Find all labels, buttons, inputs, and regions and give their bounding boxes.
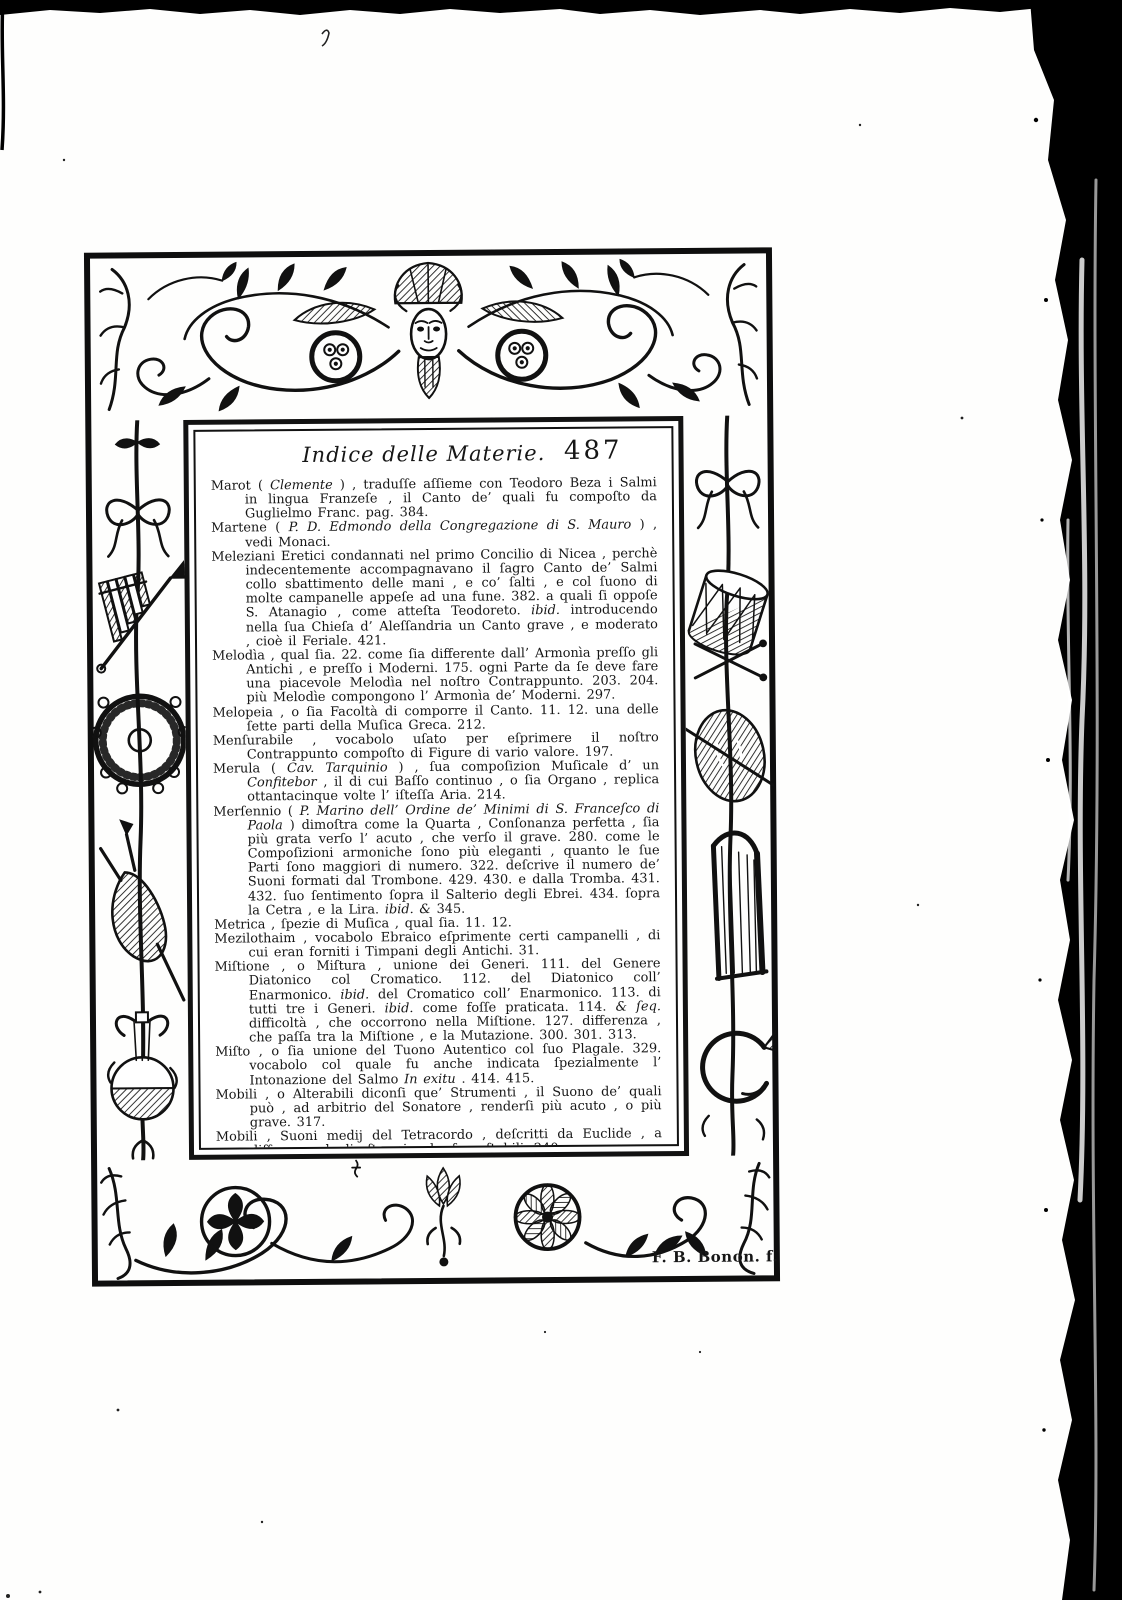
entry-text-segment: P. D. Edmondo della Congregazione di S. … <box>289 518 632 536</box>
center-palmette-icon <box>426 1168 460 1266</box>
entry-text-segment: ibid. <box>531 603 560 618</box>
index-entries: Marot ( Clemente ) , traduſſe aſſieme co… <box>211 476 663 1150</box>
flower-rosette-icon <box>514 1184 581 1251</box>
entry-text-segment: Marot ( <box>211 478 270 493</box>
index-entry: Mobili , Suoni medij del Tetracordo , de… <box>216 1127 662 1149</box>
clover-rosette-icon <box>201 1187 270 1256</box>
entry-text-segment: Melodìa , qual ſia. 22. come ſia differe… <box>212 645 658 706</box>
entry-text-segment: difficoltà , che occorrono nella Miſtion… <box>249 1013 661 1045</box>
engraver-credit: F. B. Bonon. f. <box>652 1247 778 1266</box>
entry-text-segment: Mezilothaim , vocabolo Ebraico eſpriment… <box>214 928 660 960</box>
index-entry: Merula ( Cav. Tarquinio ) , ſua compoſiz… <box>213 759 659 805</box>
scan-right-edge <box>1030 0 1122 1600</box>
index-entry: Miſtione , o Miſtura , unione dei Generi… <box>215 958 662 1046</box>
left-instrument-trophy-engraving <box>89 420 189 1161</box>
hunting-horn-icon <box>702 1031 777 1140</box>
ornamental-frame: Indice delle Materie. 487 Marot ( Clemen… <box>84 247 780 1286</box>
entry-text-segment: Menſurabile , vocabolo uſato per eſprime… <box>213 730 659 762</box>
small-flourish-icon <box>349 1160 363 1178</box>
index-entry: Melodìa , qual ſia. 22. come ſia differe… <box>212 646 658 706</box>
index-entry: Meleziani Eretici condannati nel primo C… <box>211 547 658 650</box>
mask-face-icon <box>395 263 463 399</box>
entry-text-segment: Mobili , Suoni medij del Tetracordo , de… <box>216 1126 662 1149</box>
entry-text-segment: In exitu <box>404 1071 456 1086</box>
text-frame-border: Indice delle Materie. 487 Marot ( Clemen… <box>183 416 689 1160</box>
scan-left-edge-mark <box>2 0 3 150</box>
entry-text-segment: ibid. <box>385 1001 414 1016</box>
entry-text-segment: & ſeq. <box>616 999 661 1014</box>
entry-text-segment: Mobili , o Alterabili diconſi que’ Strum… <box>216 1084 662 1131</box>
entry-text-segment: ibid. & <box>385 902 431 917</box>
viol-icon <box>683 702 777 810</box>
entry-text-segment: Clemente <box>270 478 333 493</box>
index-entry: Miſto , o ſia unione del Tuono Autentico… <box>215 1042 661 1088</box>
index-page-content: Indice delle Materie. 487 Marot ( Clemen… <box>193 426 679 1150</box>
top-ornament-engraving <box>88 254 769 420</box>
page-header: Indice delle Materie. 487 <box>210 434 656 480</box>
lute-icon <box>108 1012 177 1120</box>
harp-icon <box>696 830 774 979</box>
index-entry: Merſennio ( P. Marino dell’ Ordine de’ M… <box>213 802 660 919</box>
scan-top-edge <box>0 0 1122 15</box>
index-entry: Marot ( Clemente ) , traduſſe aſſieme co… <box>211 476 657 522</box>
index-title: Indice delle Materie. <box>302 441 545 467</box>
index-entry: Mobili , o Alterabili diconſi que’ Strum… <box>216 1085 662 1131</box>
entry-text-segment: Confitebor <box>247 775 317 791</box>
right-instrument-trophy-engraving <box>683 415 777 1156</box>
scanned-book-page: { "document": { "header": { "title": "In… <box>0 0 1122 1600</box>
entry-text-segment: ibid. <box>340 987 369 1002</box>
entry-text-segment: 345. <box>431 901 466 916</box>
entry-text-segment: Melopeia , o ſia Facoltà di comporre il … <box>213 702 659 734</box>
page-number: 487 <box>564 435 623 465</box>
